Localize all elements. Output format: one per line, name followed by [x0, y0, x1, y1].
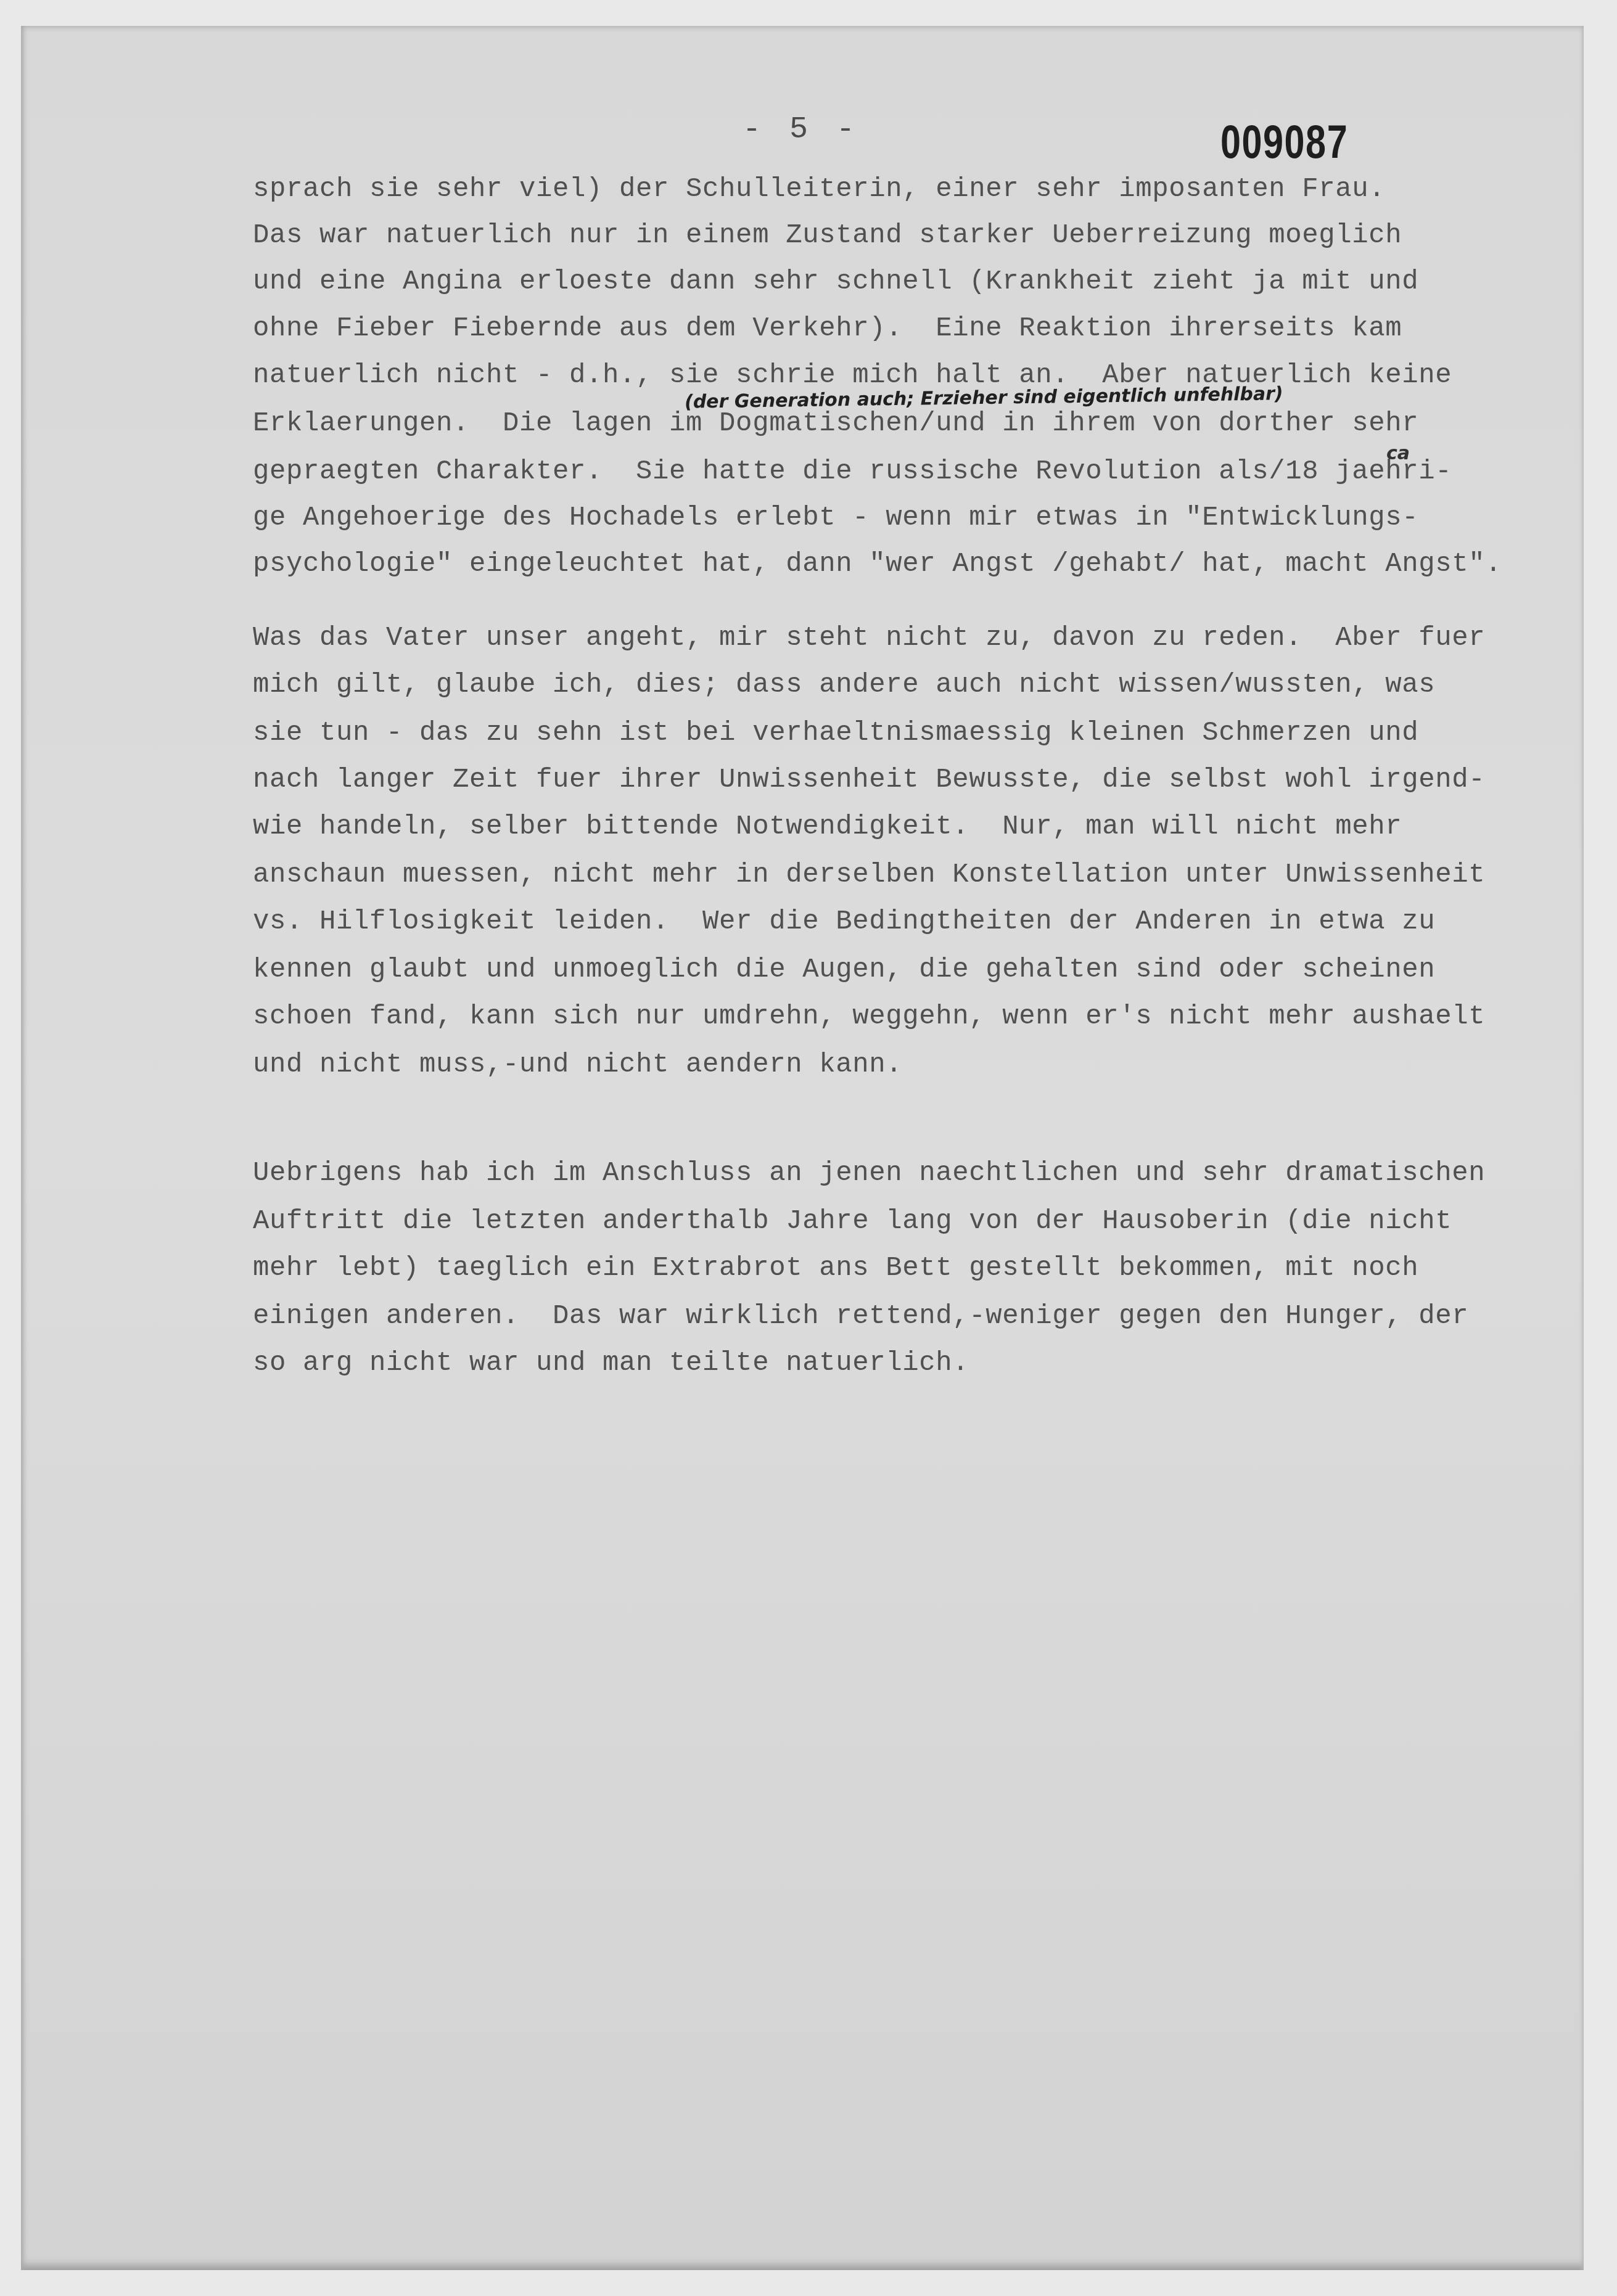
text-line: psychologie" eingeleuchtet hat, dann "we…: [253, 549, 1502, 580]
text-line: mehr lebt) taeglich ein Extrabrot ans Be…: [253, 1253, 1418, 1284]
text-line: kennen glaubt und unmoeglich die Augen, …: [253, 954, 1435, 985]
text-line: gepraegten Charakter. Sie hatte die russ…: [253, 456, 1452, 487]
document-id-stamp: 009087: [1220, 115, 1348, 169]
text-line: Erklaerungen. Die lagen im Dogmatischen/…: [253, 408, 1418, 439]
text-line: ohne Fieber Fiebernde aus dem Verkehr). …: [253, 313, 1402, 344]
handwritten-superscript: ca: [1386, 443, 1410, 464]
text-line: mich gilt, glaube ich, dies; dass andere…: [253, 670, 1435, 700]
text-line: vs. Hilflosigkeit leiden. Wer die Beding…: [253, 906, 1435, 937]
text-line: sie tun - das zu sehn ist bei verhaeltni…: [253, 718, 1418, 748]
text-line: so arg nicht war und man teilte natuerli…: [253, 1348, 969, 1379]
text-line: schoen fand, kann sich nur umdrehn, wegg…: [253, 1001, 1485, 1032]
text-line: Das war natuerlich nur in einem Zustand …: [253, 220, 1402, 251]
text-line: und eine Angina erloeste dann sehr schne…: [253, 266, 1418, 297]
text-line: sprach sie sehr viel) der Schulleiterin,…: [253, 174, 1385, 205]
text-line: einigen anderen. Das war wirklich retten…: [253, 1301, 1468, 1332]
text-line: nach langer Zeit fuer ihrer Unwissenheit…: [253, 765, 1485, 795]
text-line: Auftritt die letzten anderthalb Jahre la…: [253, 1206, 1452, 1237]
text-line: und nicht muss,-und nicht aendern kann.: [253, 1049, 902, 1080]
text-line: wie handeln, selber bittende Notwendigke…: [253, 811, 1402, 842]
text-line: ge Angehoerige des Hochadels erlebt - we…: [253, 502, 1418, 533]
text-line: Uebrigens hab ich im Anschluss an jenen …: [253, 1158, 1485, 1189]
text-line: anschaun muessen, nicht mehr in derselbe…: [253, 859, 1485, 890]
text-line: Was das Vater unser angeht, mir steht ni…: [253, 623, 1485, 654]
page-number: - 5 -: [743, 112, 860, 147]
